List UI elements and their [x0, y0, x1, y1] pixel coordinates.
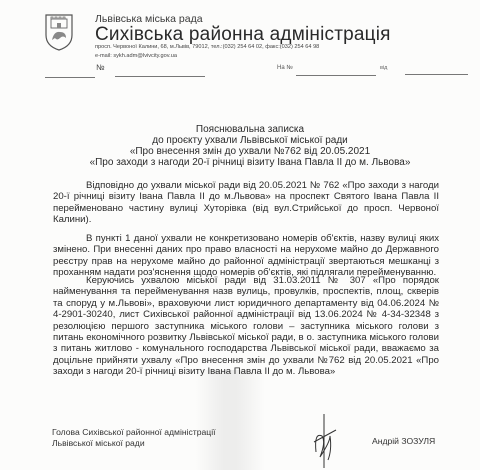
title-line-1: Пояснювальна записка	[40, 124, 460, 135]
document-title: Пояснювальна записка до проєкту ухвали Л…	[40, 124, 460, 168]
paragraph-2: В пункті 1 даної ухвали не конкретизован…	[53, 233, 439, 279]
position-line-1: Голова Сихівської районної адміністрації	[52, 427, 216, 438]
email: e-mail: sykh.adm@lvivcity.gov.ua	[95, 53, 177, 59]
number-field-line-2	[115, 76, 205, 77]
coat-of-arms-icon	[44, 13, 74, 51]
reply-to-label: На №	[277, 65, 293, 71]
signatory-position: Голова Сихівської районної адміністрації…	[52, 427, 216, 448]
reply-number-line	[296, 75, 376, 76]
paragraph-1: Відповідно до ухвали міської ради від 20…	[53, 180, 439, 226]
signatory-name: Андрій ЗОЗУЛЯ	[372, 436, 435, 446]
number-field-line	[45, 77, 95, 78]
administration-name: Сихівська районна адміністрація	[95, 24, 391, 46]
title-line-2: до проєкту ухвали Львівської міської рад…	[40, 135, 460, 146]
outgoing-number-label: №	[96, 63, 105, 72]
paragraph-3: Керуючись ухвалою міської ради від 31.03…	[53, 275, 439, 378]
title-line-3: «Про внесення змін до ухвали №762 від 20…	[40, 146, 460, 157]
position-line-2: Львівської міської ради	[52, 438, 216, 449]
handwritten-signature-icon	[310, 412, 340, 470]
scan-shadow	[195, 370, 265, 470]
title-line-4: «Про заходи з нагоди 20-ї річниці візиту…	[40, 157, 460, 168]
address: просп. Червоної Калини, 68, м.Львів, 790…	[95, 44, 319, 50]
date-line	[405, 74, 468, 75]
date-label: від	[380, 65, 387, 71]
